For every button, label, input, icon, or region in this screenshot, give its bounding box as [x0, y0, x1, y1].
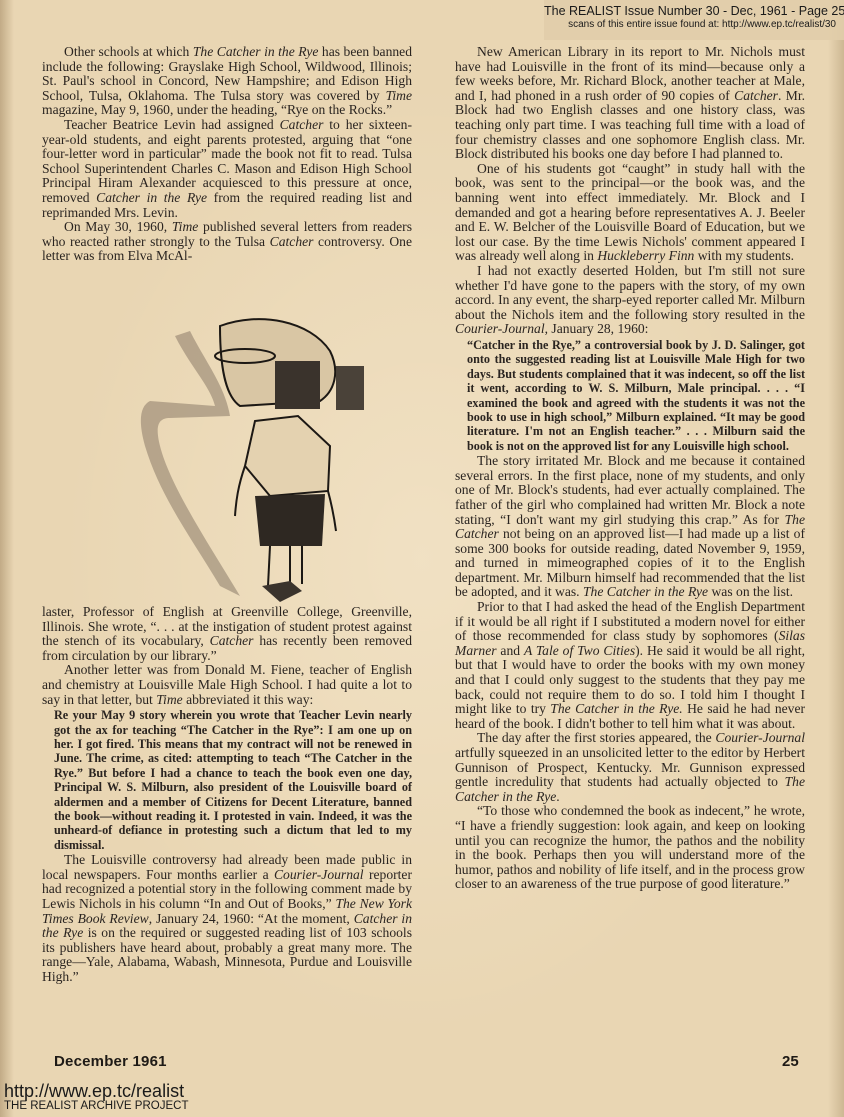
paragraph: laster, Professor of English at Greenvil…: [42, 605, 412, 663]
time-letter-quote: Re your May 9 story wherein you wrote th…: [54, 708, 412, 852]
footer-date: December 1961: [54, 1053, 167, 1070]
paragraph: Prior to that I had asked the head of th…: [455, 600, 805, 731]
cartoon-boy-icon: [40, 306, 410, 606]
paragraph: “To those who condemned the book as inde…: [455, 804, 805, 892]
issue-scan-link[interactable]: scans of this entire issue found at: htt…: [544, 19, 836, 31]
page-number: 25: [782, 1053, 799, 1070]
paragraph: Another letter was from Donald M. Fiene,…: [42, 663, 412, 707]
paragraph: The day after the first stories appeared…: [455, 731, 805, 804]
paragraph: Other schools at which The Catcher in th…: [42, 45, 412, 118]
issue-title: The REALIST Issue Number 30 - Dec, 1961 …: [544, 0, 836, 19]
courier-journal-quote: “Catcher in the Rye,” a controversial bo…: [467, 338, 805, 453]
left-column-upper: Other schools at which The Catcher in th…: [42, 45, 412, 264]
paragraph: On May 30, 1960, Time published several …: [42, 220, 412, 264]
right-column: New American Library in its report to Mr…: [455, 45, 805, 892]
paragraph: I had not exactly deserted Holden, but I…: [455, 264, 805, 337]
left-column-lower: laster, Professor of English at Greenvil…: [42, 605, 412, 985]
archive-header-banner: The REALIST Issue Number 30 - Dec, 1961 …: [544, 0, 844, 40]
paragraph: New American Library in its report to Mr…: [455, 45, 805, 162]
boy-with-book-illustration: [40, 306, 410, 606]
paragraph: The Louisville controversy had already b…: [42, 853, 412, 984]
paragraph: One of his students got “caught” in stud…: [455, 162, 805, 264]
archive-url-link[interactable]: http://www.ep.tc/realist: [4, 1081, 184, 1102]
paragraph: The story irritated Mr. Block and me bec…: [455, 454, 805, 600]
archive-project-name: THE REALIST ARCHIVE PROJECT: [4, 1100, 188, 1112]
paragraph: Teacher Beatrice Levin had assigned Catc…: [42, 118, 412, 220]
